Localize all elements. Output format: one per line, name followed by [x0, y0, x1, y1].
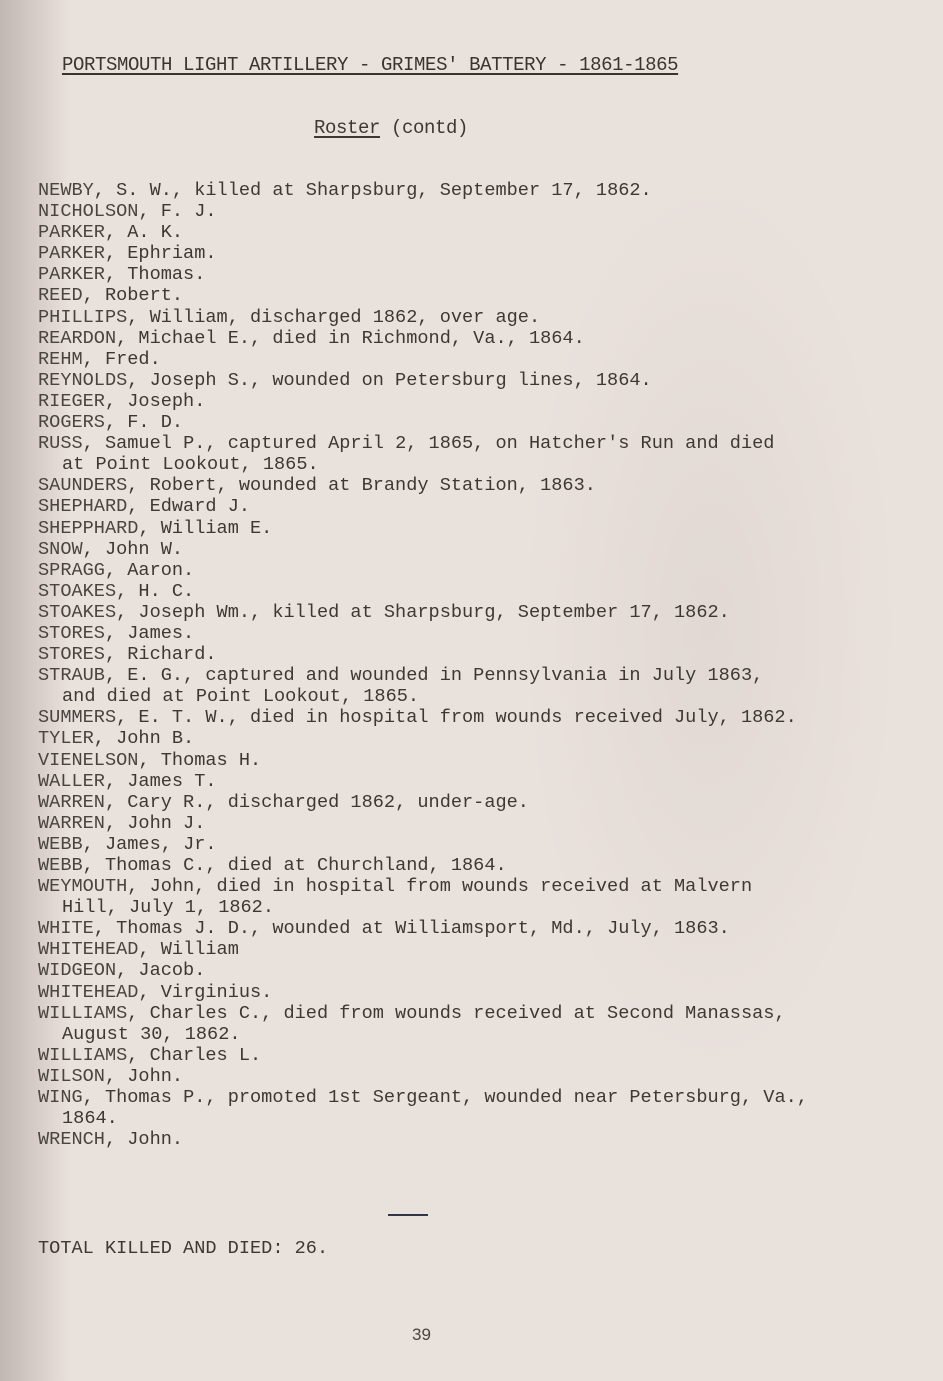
- roster-details-continued: August 30, 1862.: [38, 1024, 918, 1045]
- roster-surname: REYNOLDS: [38, 370, 127, 391]
- roster-surname: WRENCH: [38, 1129, 105, 1150]
- roster-details: , Thomas C., died at Churchland, 1864.: [83, 855, 507, 876]
- roster-entry: NICHOLSON, F. J.: [38, 201, 918, 222]
- roster-details: , William E.: [138, 518, 272, 539]
- roster-details: , Virginius.: [138, 982, 272, 1003]
- roster-details-continued: at Point Lookout, 1865.: [38, 454, 918, 475]
- roster-details: , Thomas.: [105, 264, 205, 285]
- roster-entry: PARKER, Ephriam.: [38, 243, 918, 264]
- roster-surname: WEYMOUTH: [38, 876, 127, 897]
- roster-entry: WHITEHEAD, Virginius.: [38, 982, 918, 1003]
- roster-details: , Joseph S., wounded on Petersburg lines…: [127, 370, 651, 391]
- roster-entry: WARREN, John J.: [38, 813, 918, 834]
- roster-entry: WILSON, John.: [38, 1066, 918, 1087]
- section-divider: [388, 1214, 428, 1216]
- page-number: 39: [412, 1325, 431, 1345]
- roster-details: , Aaron.: [105, 560, 194, 581]
- roster-details: , Cary R., discharged 1862, under-age.: [105, 792, 529, 813]
- roster-details: , Joseph.: [105, 391, 205, 412]
- roster-details: , John, died in hospital from wounds rec…: [127, 876, 752, 897]
- roster-surname: SHEPPHARD: [38, 518, 138, 539]
- roster-entry: VIENELSON, Thomas H.: [38, 750, 918, 771]
- roster-list: NEWBY, S. W., killed at Sharpsburg, Sept…: [38, 180, 918, 1150]
- roster-details: , James T.: [105, 771, 217, 792]
- section-heading-suffix: (contd): [380, 117, 468, 139]
- section-heading: Roster (contd): [314, 117, 468, 139]
- roster-entry: STORES, James.: [38, 623, 918, 644]
- roster-details: , Robert, wounded at Brandy Station, 186…: [127, 475, 596, 496]
- roster-details: , Joseph Wm., killed at Sharpsburg, Sept…: [116, 602, 730, 623]
- roster-surname: PARKER: [38, 243, 105, 264]
- roster-details: , E. T. W., died in hospital from wounds…: [116, 707, 797, 728]
- roster-surname: WARREN: [38, 792, 105, 813]
- roster-details: , Jacob.: [116, 960, 205, 981]
- roster-entry: WHITEHEAD, William: [38, 939, 918, 960]
- roster-details: , James.: [105, 623, 194, 644]
- roster-details: , S. W., killed at Sharpsburg, September…: [94, 180, 652, 201]
- roster-surname: STOAKES: [38, 602, 116, 623]
- roster-details-continued: and died at Point Lookout, 1865.: [38, 686, 918, 707]
- roster-surname: STRAUB: [38, 665, 105, 686]
- roster-surname: SHEPHARD: [38, 496, 127, 517]
- roster-surname: WHITEHEAD: [38, 982, 138, 1003]
- roster-surname: PARKER: [38, 264, 105, 285]
- roster-entry: REED, Robert.: [38, 285, 918, 306]
- roster-details: , John.: [105, 1129, 183, 1150]
- roster-surname: NEWBY: [38, 180, 94, 201]
- roster-details: , Michael E., died in Richmond, Va., 186…: [116, 328, 585, 349]
- roster-entry: RIEGER, Joseph.: [38, 391, 918, 412]
- roster-surname: SNOW: [38, 539, 83, 560]
- roster-surname: RUSS: [38, 433, 83, 454]
- roster-details: , Thomas H.: [138, 750, 261, 771]
- roster-entry: STORES, Richard.: [38, 644, 918, 665]
- roster-surname: WILSON: [38, 1066, 105, 1087]
- roster-surname: STOAKES: [38, 581, 116, 602]
- roster-details: , John W.: [83, 539, 183, 560]
- roster-surname: ROGERS: [38, 412, 105, 433]
- roster-entry: WEYMOUTH, John, died in hospital from wo…: [38, 876, 918, 918]
- roster-surname: REED: [38, 285, 83, 306]
- roster-entry: SNOW, John W.: [38, 539, 918, 560]
- roster-entry: WARREN, Cary R., discharged 1862, under-…: [38, 792, 918, 813]
- roster-surname: STORES: [38, 644, 105, 665]
- roster-details: , Thomas P., promoted 1st Sergeant, woun…: [83, 1087, 808, 1108]
- roster-surname: WIDGEON: [38, 960, 116, 981]
- roster-details: , Fred.: [83, 349, 161, 370]
- roster-entry: PARKER, A. K.: [38, 222, 918, 243]
- roster-details: , John B.: [94, 728, 194, 749]
- roster-surname: WEBB: [38, 855, 83, 876]
- roster-details: , E. G., captured and wounded in Pennsyl…: [105, 665, 763, 686]
- roster-entry: REYNOLDS, Joseph S., wounded on Petersbu…: [38, 370, 918, 391]
- page-title: PORTSMOUTH LIGHT ARTILLERY - GRIMES' BAT…: [62, 54, 678, 76]
- roster-entry: SAUNDERS, Robert, wounded at Brandy Stat…: [38, 475, 918, 496]
- roster-entry: SHEPPHARD, William E.: [38, 518, 918, 539]
- roster-surname: WHITEHEAD: [38, 939, 138, 960]
- roster-details: , Samuel P., captured April 2, 1865, on …: [83, 433, 775, 454]
- roster-surname: RIEGER: [38, 391, 105, 412]
- roster-details: , A. K.: [105, 222, 183, 243]
- roster-surname: WARREN: [38, 813, 105, 834]
- roster-entry: PARKER, Thomas.: [38, 264, 918, 285]
- roster-details: , F. J.: [138, 201, 216, 222]
- roster-surname: SUMMERS: [38, 707, 116, 728]
- roster-entry: STOAKES, Joseph Wm., killed at Sharpsbur…: [38, 602, 918, 623]
- roster-surname: STORES: [38, 623, 105, 644]
- roster-entry: REARDON, Michael E., died in Richmond, V…: [38, 328, 918, 349]
- roster-entry: SHEPHARD, Edward J.: [38, 496, 918, 517]
- roster-details: , John J.: [105, 813, 205, 834]
- roster-entry: NEWBY, S. W., killed at Sharpsburg, Sept…: [38, 180, 918, 201]
- roster-surname: WILLIAMS: [38, 1045, 127, 1066]
- roster-entry: WILLIAMS, Charles C., died from wounds r…: [38, 1003, 918, 1045]
- roster-entry: SPRAGG, Aaron.: [38, 560, 918, 581]
- roster-surname: WILLIAMS: [38, 1003, 127, 1024]
- roster-entry: STRAUB, E. G., captured and wounded in P…: [38, 665, 918, 707]
- roster-entry: WILLIAMS, Charles L.: [38, 1045, 918, 1066]
- roster-details: , James, Jr.: [83, 834, 217, 855]
- roster-details: , William, discharged 1862, over age.: [127, 307, 540, 328]
- roster-details: , Ephriam.: [105, 243, 217, 264]
- roster-details: , John.: [105, 1066, 183, 1087]
- roster-surname: REHM: [38, 349, 83, 370]
- roster-surname: SAUNDERS: [38, 475, 127, 496]
- total-killed-and-died: TOTAL KILLED AND DIED: 26.: [38, 1238, 328, 1259]
- roster-entry: TYLER, John B.: [38, 728, 918, 749]
- roster-entry: WIDGEON, Jacob.: [38, 960, 918, 981]
- roster-surname: REARDON: [38, 328, 116, 349]
- roster-surname: PARKER: [38, 222, 105, 243]
- roster-entry: REHM, Fred.: [38, 349, 918, 370]
- roster-surname: WING: [38, 1087, 83, 1108]
- roster-details: , Edward J.: [127, 496, 250, 517]
- roster-surname: TYLER: [38, 728, 94, 749]
- roster-entry: SUMMERS, E. T. W., died in hospital from…: [38, 707, 918, 728]
- roster-surname: PHILLIPS: [38, 307, 127, 328]
- roster-details-continued: Hill, July 1, 1862.: [38, 897, 918, 918]
- roster-entry: WALLER, James T.: [38, 771, 918, 792]
- roster-surname: SPRAGG: [38, 560, 105, 581]
- roster-details-continued: 1864.: [38, 1108, 918, 1129]
- roster-entry: RUSS, Samuel P., captured April 2, 1865,…: [38, 433, 918, 475]
- section-heading-main: Roster: [314, 117, 380, 139]
- roster-entry: PHILLIPS, William, discharged 1862, over…: [38, 307, 918, 328]
- roster-surname: WEBB: [38, 834, 83, 855]
- roster-surname: WHITE: [38, 918, 94, 939]
- roster-entry: STOAKES, H. C.: [38, 581, 918, 602]
- roster-entry: WEBB, Thomas C., died at Churchland, 186…: [38, 855, 918, 876]
- roster-details: , Charles L.: [127, 1045, 261, 1066]
- roster-details: , Thomas J. D., wounded at Williamsport,…: [94, 918, 730, 939]
- roster-surname: WALLER: [38, 771, 105, 792]
- roster-surname: NICHOLSON: [38, 201, 138, 222]
- roster-details: , Robert.: [83, 285, 183, 306]
- roster-details: , Charles C., died from wounds received …: [127, 1003, 785, 1024]
- roster-details: , F. D.: [105, 412, 183, 433]
- roster-entry: ROGERS, F. D.: [38, 412, 918, 433]
- roster-details: , Richard.: [105, 644, 217, 665]
- roster-surname: VIENELSON: [38, 750, 138, 771]
- roster-entry: WEBB, James, Jr.: [38, 834, 918, 855]
- roster-details: , William: [138, 939, 238, 960]
- roster-entry: WHITE, Thomas J. D., wounded at Williams…: [38, 918, 918, 939]
- roster-entry: WRENCH, John.: [38, 1129, 918, 1150]
- roster-details: , H. C.: [116, 581, 194, 602]
- roster-entry: WING, Thomas P., promoted 1st Sergeant, …: [38, 1087, 918, 1129]
